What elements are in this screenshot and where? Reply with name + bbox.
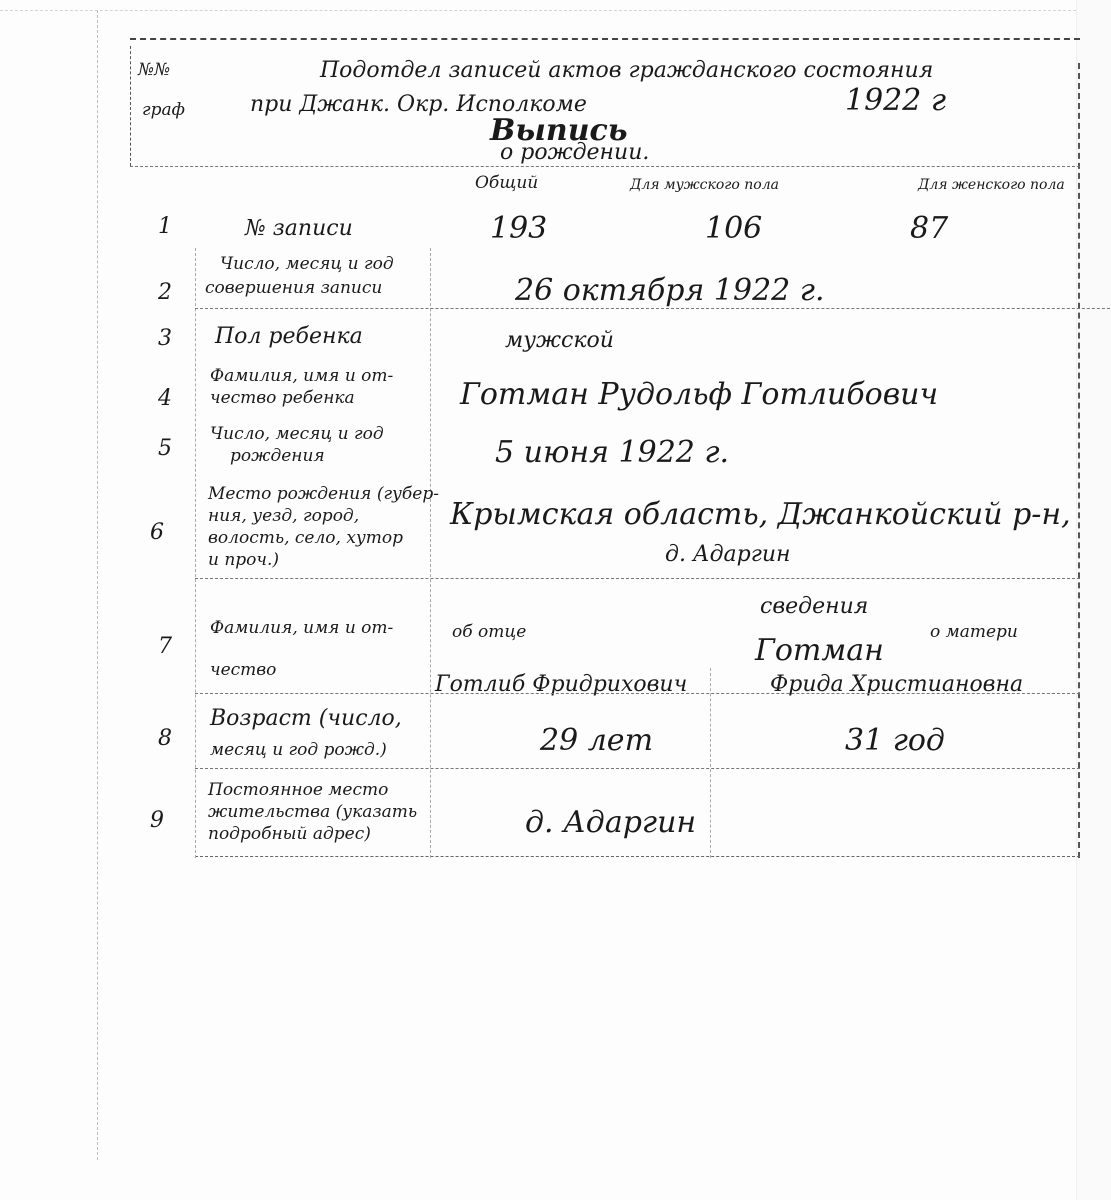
record-type-sub: о рождении. xyxy=(500,142,649,164)
header-rule xyxy=(130,166,1080,167)
row-3-label: Пол ребенка xyxy=(215,326,363,348)
row-rule-7 xyxy=(195,693,1080,694)
row-9-num: 9 xyxy=(150,810,164,832)
row-5-value: 5 июня 1922 г. xyxy=(495,438,729,468)
row-7-num: 7 xyxy=(158,636,172,658)
col-rule-label xyxy=(430,248,431,858)
row-4-num: 4 xyxy=(158,388,172,410)
row-2-num: 2 xyxy=(158,282,172,304)
row-6-label-3: волость, село, хутор xyxy=(208,530,403,547)
row-4-value: Готман Рудольф Готлибович xyxy=(460,380,938,410)
row-7-father-caption: об отце xyxy=(452,624,526,641)
row-9-label-3: подробный адрес) xyxy=(208,826,371,843)
row-1-total: 193 xyxy=(490,214,547,244)
header-title: Подотдел записей актов гражданского сост… xyxy=(320,60,933,82)
row-5-num: 5 xyxy=(158,438,172,460)
scan-edge-top xyxy=(0,10,1111,19)
row-8-label-1: Возраст (число, xyxy=(210,708,402,730)
row-2-label-2: совершения записи xyxy=(205,280,382,297)
col-rule-parents xyxy=(710,668,711,858)
row-8-label-2: месяц и год рожд.) xyxy=(210,742,387,759)
row-5-label-2: рождения xyxy=(230,448,325,465)
row-6-label-1: Место рождения (губер- xyxy=(208,486,439,503)
graf-marker: №№ xyxy=(138,62,170,79)
graf-label: граф xyxy=(142,102,185,119)
row-9-label-1: Постоянное место xyxy=(208,782,388,799)
col-total: Общий xyxy=(475,175,538,192)
row-7-label-2: чество xyxy=(210,662,276,679)
row-8-mother: 31 год xyxy=(845,726,945,756)
col-rule-left xyxy=(195,248,196,858)
row-rule-8 xyxy=(195,768,1080,769)
col-female: Для женского пола xyxy=(918,178,1065,192)
frame-top xyxy=(130,38,1080,40)
col-male: Для мужского пола xyxy=(630,178,779,192)
row-3-num: 3 xyxy=(158,328,172,350)
row-6-value-2: д. Адаргин xyxy=(665,544,791,566)
row-6-value-1: Крымская область, Джанкойский р-н, xyxy=(450,500,1071,530)
row-7-label-1: Фамилия, имя и от- xyxy=(210,620,393,637)
row-9-value: д. Адаргин xyxy=(525,808,696,838)
row-7-section-title: сведения xyxy=(760,596,868,618)
row-3-value: мужской xyxy=(505,330,614,352)
row-7-mother-caption: о матери xyxy=(930,624,1018,641)
row-1-num: 1 xyxy=(158,216,172,238)
row-4-label-1: Фамилия, имя и от- xyxy=(210,368,393,385)
frame-right xyxy=(1078,63,1080,858)
row-1-female: 87 xyxy=(910,214,948,244)
row-6-num: 6 xyxy=(150,522,164,544)
row-6-label-2: ния, уезд, город, xyxy=(208,508,359,525)
row-5-label-1: Число, месяц и год xyxy=(210,426,384,443)
scan-edge-right xyxy=(1076,0,1111,1200)
header-year: 1922 г xyxy=(845,86,946,116)
row-7-surname: Готман xyxy=(755,636,884,666)
row-rule-2 xyxy=(195,308,1111,309)
row-2-value: 26 октября 1922 г. xyxy=(515,276,825,306)
birth-record-form: №№ граф Подотдел записей актов гражданск… xyxy=(130,38,1080,858)
row-rule-6 xyxy=(195,578,1080,579)
frame-bottom xyxy=(195,856,1080,857)
scan-edge-left xyxy=(97,10,98,1160)
row-9-label-2: жительства (указать xyxy=(208,804,417,821)
row-4-label-2: чество ребенка xyxy=(210,390,355,407)
row-1-male: 106 xyxy=(705,214,762,244)
row-2-label-1: Число, месяц и год xyxy=(220,256,394,273)
frame-left xyxy=(130,46,131,166)
row-1-label: № записи xyxy=(245,218,353,240)
row-6-label-4: и проч.) xyxy=(208,552,279,569)
row-8-father: 29 лет xyxy=(540,726,653,756)
row-8-num: 8 xyxy=(158,728,172,750)
